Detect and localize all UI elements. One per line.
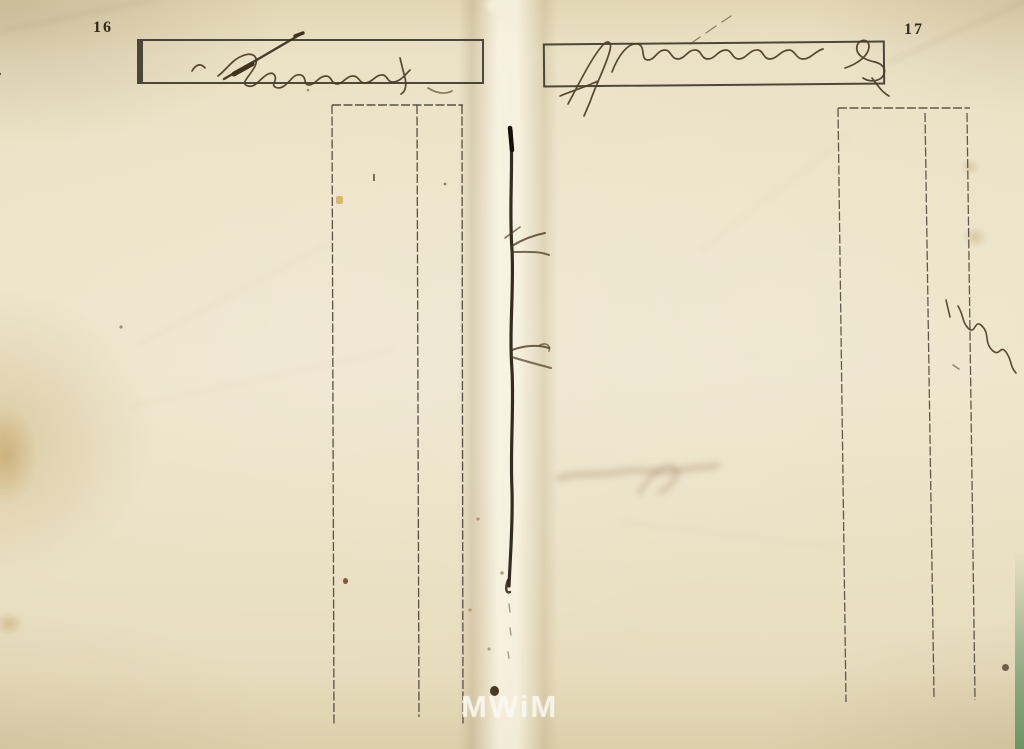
crease-right-page-1	[620, 520, 854, 552]
book-edge-strip	[1015, 552, 1024, 749]
paper-specks	[119, 89, 503, 651]
scanned-page-spread: 16 17	[0, 0, 1024, 749]
speck-red	[343, 578, 348, 584]
stain-left-edge-low	[0, 612, 24, 636]
column-rules-left	[332, 105, 463, 726]
binding-fold	[458, 0, 558, 749]
watermark: MWiM	[461, 689, 558, 725]
crease-right-page-2	[699, 133, 851, 252]
ghost-writing	[560, 466, 716, 492]
page-number-right: 17	[904, 21, 924, 39]
stain-yellow-speck	[336, 196, 343, 204]
crease-left-page-1	[134, 240, 334, 348]
stain-right-margin	[962, 226, 988, 248]
page-number-left: 16	[93, 19, 113, 37]
column-rules-right	[838, 108, 975, 702]
crease-left-page-2	[130, 349, 395, 408]
stain-right-upper	[960, 158, 980, 176]
name-box-right	[543, 41, 885, 88]
stain-left-edge	[0, 408, 38, 504]
crease-top-left	[0, 0, 162, 33]
speck-brown-right	[1002, 664, 1009, 671]
name-box-left	[137, 39, 484, 84]
margin-annotation	[946, 300, 1016, 373]
